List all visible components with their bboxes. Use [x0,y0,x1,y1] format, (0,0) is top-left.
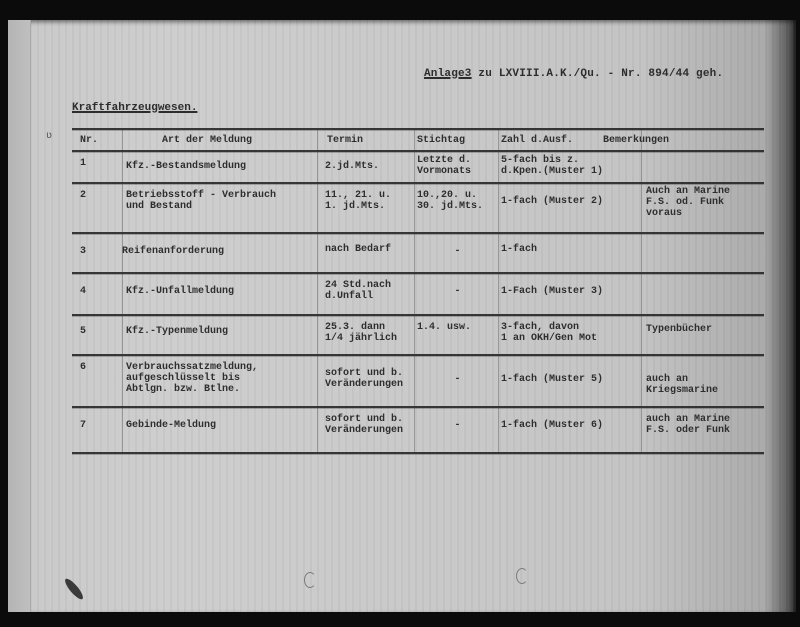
header-bemerkungen: Bemerkungen [598,130,721,150]
row-zahl: 5-fach bis z. d.Kpen.(Muster 1) [498,152,641,182]
table-row: 6 Verbrauchssatzmeldung, aufgeschlüsselt… [72,356,764,406]
row-nr: 1 [72,152,122,182]
row-art: Verbrauchssatzmeldung, aufgeschlüsselt b… [122,356,317,406]
margin-mark: ʋ [46,130,52,141]
row-stichtag: Letzte d. Vormonats [414,152,498,182]
row-art: Betriebsstoff - Verbrauch und Bestand [122,184,317,232]
row-nr: 5 [72,316,122,354]
section-title: Kraftfahrzeugwesen. [72,102,197,114]
table-rule [72,452,764,454]
row-nr: 3 [72,234,122,272]
row-bemerkungen [641,152,764,182]
row-nr: 7 [72,408,122,452]
row-art: Kfz.-Unfallmeldung [122,274,317,314]
row-zahl: 1-fach (Muster 2) [498,184,641,232]
row-bemerkungen [641,274,764,314]
table-header-row: Nr. Art der Meldung Termin Stichtag Zahl… [72,130,764,150]
table-row: 5 Kfz.-Typenmeldung 25.3. dann 1/4 jährl… [72,316,764,354]
table-row: 7 Gebinde-Meldung sofort und b. Veränder… [72,408,764,452]
row-termin: nach Bedarf [317,234,414,272]
header-zahl: Zahl d.Ausf. [498,130,598,150]
row-bemerkungen: Auch an Marine F.S. od. Funk voraus [641,184,764,232]
row-termin: 2.jd.Mts. [317,152,414,182]
anlage-label: Anlage3 [424,68,472,80]
row-zahl: 1-fach [498,234,641,272]
punch-hole-mark [304,572,316,588]
row-stichtag: - [414,408,498,452]
row-art: Reifenanforderung [122,234,317,272]
row-stichtag: - [414,234,498,272]
row-zahl: 1-Fach (Muster 3) [498,274,641,314]
row-termin: 11., 21. u. 1. jd.Mts. [317,184,414,232]
row-bemerkungen [641,234,764,272]
reference-number: zu LXVIII.A.K./Qu. - Nr. 894/44 geh. [472,68,724,80]
row-termin: 25.3. dann 1/4 jährlich [317,316,414,354]
header-art: Art der Meldung [122,130,317,150]
row-stichtag: 1.4. usw. [414,316,498,354]
row-zahl: 1-fach (Muster 5) [498,356,641,406]
row-termin: sofort und b. Veränderungen [317,356,414,406]
row-zahl: 3-fach, davon 1 an OKH/Gen Mot [498,316,641,354]
table-row: 4 Kfz.-Unfallmeldung 24 Std.nach d.Unfal… [72,274,764,314]
row-nr: 4 [72,274,122,314]
row-termin: 24 Std.nach d.Unfall [317,274,414,314]
header-termin: Termin [317,130,414,150]
row-zahl: 1-fach (Muster 6) [498,408,641,452]
row-bemerkungen: Typenbücher [641,316,764,354]
row-art: Kfz.-Bestandsmeldung [122,152,317,182]
document-page: Anlage3 zu LXVIII.A.K./Qu. - Nr. 894/44 … [8,20,796,612]
row-art: Gebinde-Meldung [122,408,317,452]
row-stichtag: - [414,356,498,406]
table-row: 1 Kfz.-Bestandsmeldung 2.jd.Mts. Letzte … [72,152,764,182]
row-stichtag: - [414,274,498,314]
row-nr: 2 [72,184,122,232]
table-row: 3 Reifenanforderung nach Bedarf - 1-fach [72,234,764,272]
page-margin-strip [8,20,31,612]
row-bemerkungen: auch an Marine F.S. oder Funk [641,408,764,452]
row-bemerkungen: auch an Kriegsmarine [641,356,764,406]
ink-smudge [63,576,86,601]
punch-hole-mark [516,568,528,584]
row-nr: 6 [72,356,122,406]
header-nr: Nr. [72,130,122,150]
row-art: Kfz.-Typenmeldung [122,316,317,354]
row-termin: sofort und b. Veränderungen [317,408,414,452]
row-stichtag: 10.,20. u. 30. jd.Mts. [414,184,498,232]
header-stichtag: Stichtag [414,130,498,150]
document-reference: Anlage3 zu LXVIII.A.K./Qu. - Nr. 894/44 … [424,68,723,80]
table-row: 2 Betriebsstoff - Verbrauch und Bestand … [72,184,764,232]
report-table: Nr. Art der Meldung Termin Stichtag Zahl… [72,128,764,454]
